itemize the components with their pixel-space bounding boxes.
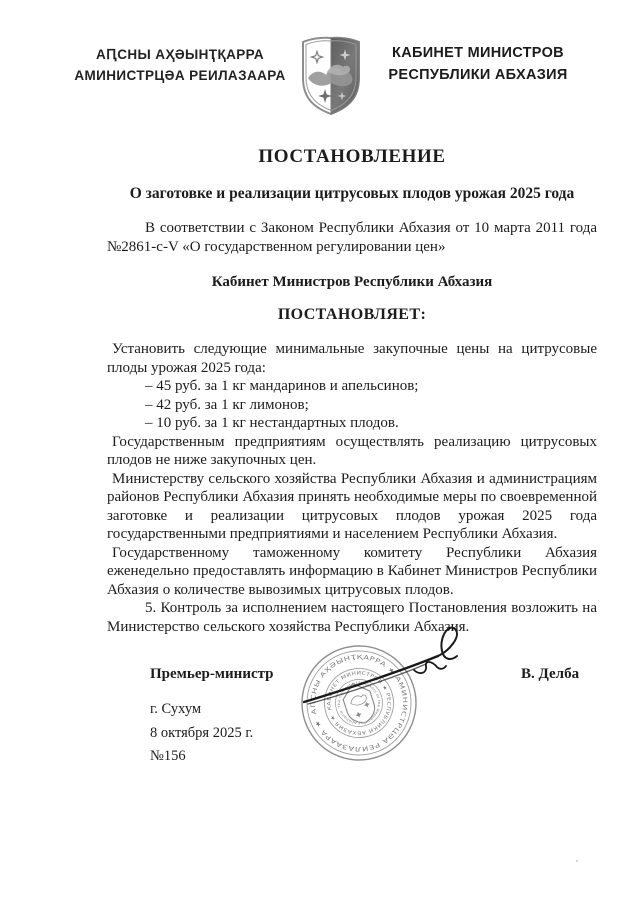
signer-name: В. Делба (521, 666, 579, 683)
price-item: – 42 руб. за 1 кг лимонов; (107, 396, 597, 415)
price-item: – 45 руб. за 1 кг мандаринов и апельсино… (107, 377, 597, 396)
body-line: Государственным предприятиям осуществлят… (107, 433, 597, 452)
signer-post: Премьер-министр (150, 666, 274, 683)
body-line: Абхазия о количестве вывозимых цитрусовы… (107, 581, 597, 600)
body-line: еженедельно предоставлять информацию в К… (107, 562, 597, 581)
body-line: плоды урожая 2025 года: (107, 359, 597, 378)
body-line: заготовке и реализации цитрусовых плодов… (107, 507, 597, 526)
body-line: плодов не ниже закупочных цен. (107, 451, 597, 470)
preamble-line: №2861-с-V «О государственном регулирован… (107, 238, 597, 257)
document-title: ПОСТАНОВЛЕНИЕ (107, 146, 597, 168)
resolves-line: ПОСТАНОВЛЯЕТ: (107, 306, 597, 324)
body-line: государственными предприятиями и населен… (107, 525, 597, 544)
issue-city: г. Сухум (150, 701, 201, 718)
body-line: Государственному таможенному комитету Ре… (107, 544, 597, 563)
body-line: Министерству сельского хозяйства Республ… (107, 470, 597, 489)
paragraph-set-prices: Установить следующие минимальные закупоч… (107, 340, 597, 636)
preamble-line: В соответствии с Законом Республики Абха… (107, 219, 597, 238)
body-line: районов Республики Абхазия принять необх… (107, 488, 597, 507)
document-subject: О заготовке и реализации цитрусовых плод… (107, 185, 597, 203)
price-item: – 10 руб. за 1 кг нестандартных плодов. (107, 414, 597, 433)
scan-speck (576, 860, 578, 862)
document-body: ПОСТАНОВЛЕНИЕ О заготовке и реализации ц… (107, 0, 597, 636)
authority-line: Кабинет Министров Республики Абхазия (107, 274, 597, 291)
body-line: Установить следующие минимальные закупоч… (107, 340, 597, 359)
document-number: №156 (150, 748, 186, 765)
issue-date: 8 октября 2025 г. (150, 725, 253, 742)
signature-stroke (286, 614, 496, 724)
preamble: В соответствии с Законом Республики Абха… (107, 219, 597, 256)
document-page: АԤСНЫ АҲӘЫНҬҚАРРА АМИНИСТРЦӘА РЕИЛАЗААРА… (0, 0, 640, 905)
